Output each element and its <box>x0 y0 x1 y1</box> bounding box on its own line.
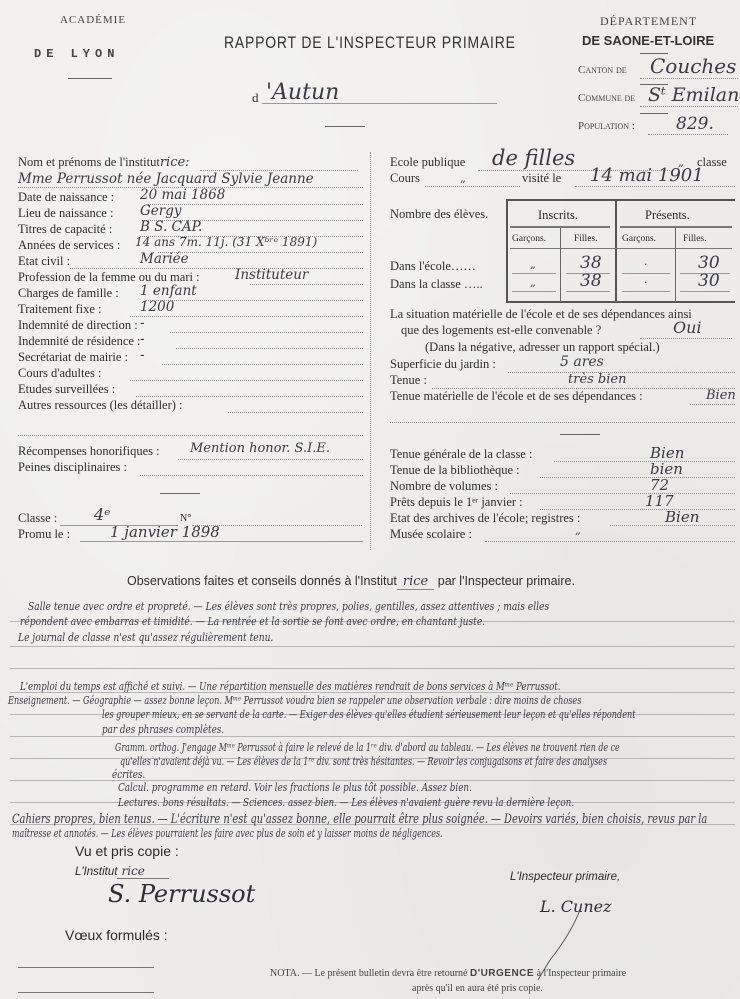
observation-line[interactable]: Cahiers propres, bien tenus. — L'écritur… <box>12 812 707 827</box>
promu-label: Promu le : <box>18 527 70 542</box>
tenue-materielle-extra-line <box>390 422 735 423</box>
class-field-label: Tenue générale de la classe : <box>390 447 532 462</box>
divider <box>325 126 365 127</box>
inspecteur-label: L'Inspecteur primaire, <box>510 871 620 883</box>
population-line <box>648 134 728 135</box>
cours-value[interactable]: „ <box>460 172 466 185</box>
jardin-value[interactable]: 5 ares <box>560 354 604 370</box>
col-garcons-inscrits: Garçons. <box>512 234 546 244</box>
classe-filles-inscrits[interactable]: 38 <box>580 271 602 291</box>
promu-line <box>80 541 363 542</box>
observation-line[interactable]: par des phrases complètes. <box>102 723 224 736</box>
classe-garcons-presents[interactable]: · <box>644 276 648 289</box>
observation-rule <box>10 736 735 737</box>
teacher-field-value[interactable]: Gergy <box>140 203 182 219</box>
teacher-field-label: Traitement fixe : <box>18 302 102 317</box>
report-page: ACADÉMIE DE LYON RAPPORT DE L'INSPECTEUR… <box>0 0 740 999</box>
teacher-field-label: Lieu de naissance : <box>18 206 113 221</box>
nota-text: NOTA. — Le présent bulletin devra être r… <box>270 968 467 979</box>
teacher-field-line <box>130 380 363 381</box>
teacher-field-line <box>70 268 363 269</box>
class-field-value[interactable]: Bien <box>665 508 699 526</box>
commune-line <box>640 106 738 107</box>
teacher-field-line <box>162 364 363 365</box>
promu-value[interactable]: 1 janvier 1898 <box>110 523 220 541</box>
departement-name: DE SAONE-ET-LOIRE <box>582 33 714 48</box>
row-ecole-label: Dans l'école…… <box>390 259 476 274</box>
institut-label: L'Institut <box>75 866 117 878</box>
observation-rule <box>10 646 735 647</box>
nota-line-2: après qu'il en aura été pris copie. <box>412 983 543 994</box>
cours-label: Cours <box>390 171 420 186</box>
table-group-line <box>510 226 610 228</box>
divider <box>640 113 668 114</box>
nota-emphasis: D'URGENCE <box>470 968 534 979</box>
presents-header: Présents. <box>645 208 690 223</box>
observation-line[interactable]: Le journal de classe n'est qu'assez régu… <box>18 631 273 644</box>
teacher-field-line <box>250 284 363 285</box>
visite-line <box>575 186 735 187</box>
col-filles-inscrits: Filles. <box>574 234 598 244</box>
observation-line[interactable]: Salle tenue avec ordre et propreté. — Le… <box>28 600 549 613</box>
teacher-field-label: Cours d'adultes : <box>18 366 102 381</box>
visite-label: visité le <box>522 171 561 186</box>
observation-line[interactable]: L'emploi du temps est affiché et suivi. … <box>20 680 560 693</box>
table-group-divider <box>615 199 617 303</box>
teacher-field-value[interactable]: - <box>140 315 145 331</box>
canton-line <box>640 78 738 79</box>
table-border-bottom <box>506 301 735 303</box>
class-field-label: Etat des archives de l'école; registres … <box>390 511 580 526</box>
teacher-name-suffix: rice: <box>160 155 190 170</box>
teacher-name-value[interactable]: Mme Perrussot née Jacquard Sylvie Jeanne <box>18 171 368 187</box>
teacher-field-label: Autres ressources (les détailler) : <box>18 398 183 413</box>
class-field-label: Tenue de la bibliothèque : <box>390 463 520 478</box>
teacher-field-value[interactable]: - <box>140 331 145 347</box>
divider <box>560 434 600 435</box>
teacher-field-line <box>146 300 363 301</box>
teacher-field-value[interactable]: 1 enfant <box>140 283 197 299</box>
voeux-line <box>18 992 154 993</box>
population-label: Population : <box>578 120 635 132</box>
eleves-title: Nombre des élèves. <box>390 207 488 222</box>
tenue-materielle-label: Tenue matérielle de l'école et de ses dé… <box>390 389 643 404</box>
classe-value[interactable]: 4ᵉ <box>94 505 110 524</box>
teacher-field-value[interactable]: Mariée <box>140 251 189 267</box>
situation-answer[interactable]: Oui <box>673 318 702 337</box>
class-field-label: Prêts depuis le 1ᵉʳ janvier : <box>390 495 523 510</box>
class-field-line <box>510 493 735 494</box>
observation-line[interactable]: Gramm. orthog. J'engage Mᵐᵉ Perrussot à … <box>115 741 620 754</box>
recompenses-label: Récompenses honorifiques : <box>18 444 160 459</box>
teacher-field-label: Date de naissance : <box>18 190 114 205</box>
observation-line[interactable]: Lectures. bons résultats. — Sciences. as… <box>118 796 574 809</box>
voeux-label: Vœux formulés : <box>65 927 168 943</box>
teacher-field-value[interactable]: 1200 <box>140 299 174 315</box>
class-field-label: Musée scolaire : <box>390 527 472 542</box>
class-field-line <box>554 461 735 462</box>
class-field-value[interactable]: „ <box>575 524 581 537</box>
observation-rule <box>10 668 735 669</box>
teacher-field-value[interactable]: B S. CAP. <box>140 219 202 235</box>
divider <box>160 493 200 494</box>
table-border-top <box>506 199 735 201</box>
class-field-label: Nombre de volumes : <box>390 479 498 494</box>
teacher-field-value[interactable]: Instituteur <box>235 267 308 283</box>
teacher-field-value[interactable]: - <box>140 347 145 363</box>
tenue-materielle-line <box>690 404 735 405</box>
ecole-filles-presents[interactable]: 30 <box>698 253 720 273</box>
teacher-name-label: Nom et prénoms de l'institut <box>18 155 160 169</box>
title-prefix: d <box>252 90 259 106</box>
col-filles-presents: Filles. <box>683 234 707 244</box>
teacher-signature[interactable]: S. Perrussot <box>108 880 255 908</box>
situation-question-2: que des logements est-elle convenable ? <box>401 323 601 338</box>
table-header-line <box>510 248 732 249</box>
teacher-field-line <box>228 412 363 413</box>
peines-label: Peines disciplinaires : <box>18 460 127 475</box>
class-field-line <box>540 477 735 478</box>
ecole-garcons-presents[interactable]: · <box>644 258 648 271</box>
commune-label: Commune de <box>578 92 635 104</box>
recompenses-value[interactable]: Mention honor. S.I.E. <box>190 441 330 456</box>
observation-line[interactable]: qu'elles n'avaient déjà vu. — Les élèves… <box>120 755 607 768</box>
observations-heading-suffix: rice <box>397 574 434 590</box>
inspection-location[interactable]: 'Autun <box>266 80 339 105</box>
cours-line <box>425 186 520 187</box>
canton-label: Canton de <box>578 64 627 76</box>
observation-line[interactable]: maîtresse et annotés. — Les élèves pourr… <box>12 827 443 840</box>
ecole-value[interactable]: de filles <box>492 146 575 170</box>
recompenses-line <box>178 459 363 460</box>
ecole-garcons-inscrits[interactable]: „ <box>530 258 536 271</box>
institut-suffix: rice <box>117 864 168 879</box>
observation-line[interactable]: Enseignement. — Géographie — assez bonne… <box>8 694 581 707</box>
class-field-line <box>540 509 735 510</box>
teacher-field-line <box>170 332 363 333</box>
column-divider <box>370 152 372 550</box>
teacher-field-label: Etat civil : <box>18 254 70 269</box>
observation-line[interactable]: Calcul. programme en retard. Voir les fr… <box>118 781 472 794</box>
observations-heading-post: par l'Inspecteur primaire. <box>438 574 575 588</box>
academie-name: DE LYON <box>34 47 119 61</box>
canton-value[interactable]: Couches <box>650 54 736 78</box>
jardin-label: Superficie du jardin : <box>390 357 496 372</box>
class-field-line <box>485 541 735 542</box>
col-garcons-presents: Garçons. <box>622 234 656 244</box>
tenue-value[interactable]: très bien <box>568 372 626 387</box>
teacher-field-value[interactable]: 14 ans 7m. 11j. (31 Xᵇʳᵉ 1891) <box>135 235 317 249</box>
observation-line[interactable]: les grouper mieux, en se servant de la c… <box>102 708 636 721</box>
vu-label: Vu et pris copie : <box>75 843 179 859</box>
voeux-line <box>18 967 154 968</box>
teacher-field-line <box>136 396 363 397</box>
population-value[interactable]: 829. <box>676 114 714 134</box>
situation-note: (Dans la négative, adresser un rapport s… <box>425 340 660 355</box>
report-title: RAPPORT DE L'INSPECTEUR PRIMAIRE <box>224 33 516 53</box>
table-group-line <box>620 226 732 228</box>
tenue-materielle-value[interactable]: Bien <box>706 388 736 403</box>
ressources-extra-line <box>18 435 363 436</box>
observations-heading: Observations faites et conseils donnés à… <box>127 574 397 588</box>
teacher-field-label: Indemnité de résidence : <box>18 334 141 349</box>
academie-label: ACADÉMIE <box>60 14 126 26</box>
classe-filles-presents[interactable]: 30 <box>698 271 720 291</box>
inscrits-header: Inscrits. <box>538 208 578 223</box>
commune-value[interactable]: Sᵗ Emiland <box>648 84 740 106</box>
teacher-field-line <box>130 316 363 317</box>
observation-line[interactable]: répondent avec embarras et timidité. — L… <box>20 615 485 628</box>
nota-text-post: à l'Inspecteur primaire <box>537 968 627 979</box>
situation-question-1: La situation matérielle de l'école et de… <box>390 307 692 322</box>
teacher-field-label: Secrétariat de mairie : <box>18 350 128 365</box>
ecole-label: Ecole publique <box>390 155 465 170</box>
teacher-field-label: Années de services : <box>18 238 120 253</box>
observation-line[interactable]: écrites. <box>112 768 145 781</box>
tenue-label: Tenue : <box>390 373 427 388</box>
situation-line <box>640 338 732 339</box>
table-col-divider <box>560 228 561 302</box>
row-classe-label: Dans la classe ….. <box>390 277 483 292</box>
divider <box>68 78 112 79</box>
departement-label: DÉPARTEMENT <box>600 14 697 29</box>
classe-garcons-inscrits[interactable]: „ <box>530 276 536 289</box>
teacher-field-label: Indemnité de direction : <box>18 318 138 333</box>
teacher-field-line <box>176 348 363 349</box>
teacher-field-value[interactable]: 20 mai 1868 <box>140 187 225 203</box>
ecole-filles-inscrits[interactable]: 38 <box>580 253 602 273</box>
teacher-field-label: Etudes surveillées : <box>18 382 115 397</box>
peines-line <box>140 475 363 476</box>
visite-value[interactable]: 14 mai 1901 <box>590 165 704 186</box>
teacher-field-label: Charges de famille : <box>18 286 119 301</box>
classe-label: Classe : <box>18 511 57 526</box>
table-col-divider <box>675 228 676 302</box>
teacher-field-label: Titres de capacité : <box>18 222 112 237</box>
table-border-left <box>506 199 508 303</box>
